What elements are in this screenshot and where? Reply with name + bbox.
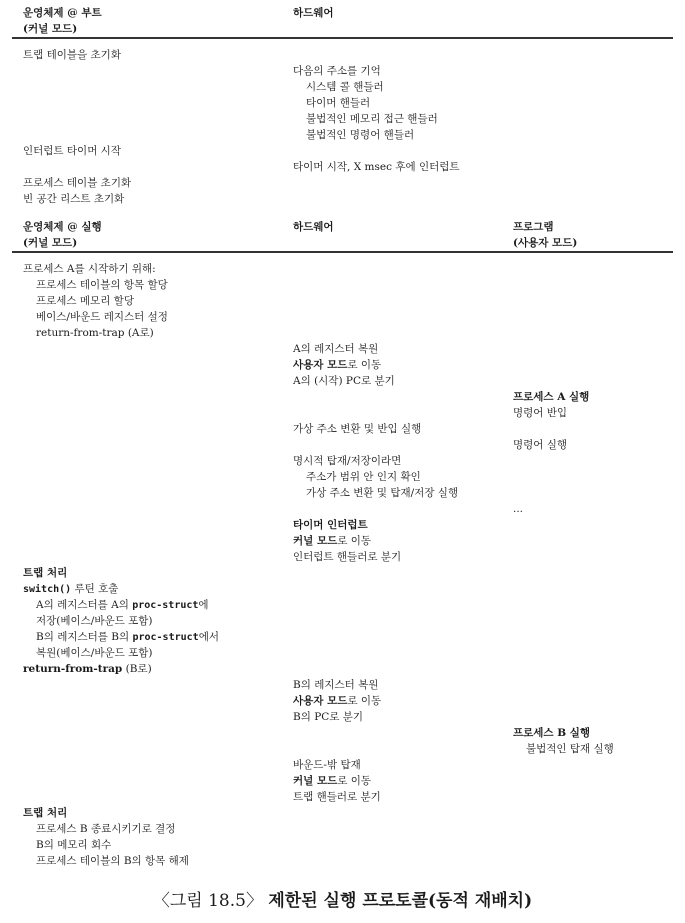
os-row: 프로세스 테이블의 항목 할당 — [36, 278, 168, 292]
os-boot-header: 운영체제 @ 부트 — [23, 6, 102, 20]
program-header: 프로그램 — [513, 220, 554, 234]
hw-row: 트랩 핸들러로 분기 — [293, 790, 381, 804]
mode-emphasis: 사용자 모드 — [293, 695, 347, 707]
hw-row: 타이머 시작, X msec 후에 인터럽트 — [293, 160, 460, 174]
os-row: 빈 공간 리스트 초기화 — [23, 192, 124, 206]
hw-row: 커널 모드로 이동 — [293, 534, 371, 548]
hw-row: A의 (시작) PC로 분기 — [293, 374, 395, 388]
os-row: return-from-trap (B로) — [23, 662, 152, 676]
prog-row: 불법적인 탑재 실행 — [526, 742, 614, 756]
os-row: 트랩 처리 — [23, 806, 67, 820]
header-divider — [12, 37, 673, 39]
hardware-header: 하드웨어 — [293, 6, 334, 20]
figure-title: 제한된 실행 프로토콜(동적 재배치) — [268, 891, 532, 911]
os-run-header: 운영체제 @ 실행 — [23, 220, 102, 234]
hw-row: 다음의 주소를 기억 — [293, 64, 381, 78]
os-row: 프로세스 테이블 초기화 — [23, 176, 131, 190]
os-row: 트랩 처리 — [23, 566, 67, 580]
hw-row: B의 PC로 분기 — [293, 710, 363, 724]
os-row: 프로세스 메모리 할당 — [36, 294, 134, 308]
hw-row: B의 레지스터 복원 — [293, 678, 378, 692]
os-row: switch() 루틴 호출 — [23, 582, 118, 597]
hw-row: 불법적인 메모리 접근 핸들러 — [306, 112, 438, 126]
hw-row: 가상 주소 변환 및 탑재/저장 실행 — [306, 486, 458, 500]
code-proc-struct: proc-struct — [132, 632, 198, 643]
os-boot-mode-header: (커널 모드) — [23, 22, 77, 36]
prog-row: 명령어 반입 — [513, 406, 567, 420]
hw-row: 불법적인 명령어 핸들러 — [306, 128, 414, 142]
hardware-header: 하드웨어 — [293, 220, 334, 234]
os-run-mode-header: (커널 모드) — [23, 236, 77, 250]
os-row: 프로세스 B 종료시키기로 결정 — [36, 822, 175, 836]
hw-row: 타이머 인터럽트 — [293, 518, 368, 532]
hw-row: 주소가 범위 안 인지 확인 — [306, 470, 421, 484]
os-row: 프로세스 A를 시작하기 위해: — [23, 262, 156, 276]
prog-row: 명령어 실행 — [513, 438, 567, 452]
prog-row-ellipsis: ... — [513, 502, 523, 516]
os-row: B의 레지스터를 B의 proc-struct에서 — [36, 630, 219, 645]
hw-row: 커널 모드로 이동 — [293, 774, 371, 788]
return-from-trap-emphasis: return-from-trap — [23, 663, 122, 675]
hw-row: 명시적 탑재/저장이라면 — [293, 454, 401, 468]
hw-row: 시스템 콜 핸들러 — [306, 80, 384, 94]
os-row: 복원(베이스/바운드 포함) — [36, 646, 153, 660]
figure-label: 〈그림 18.5〉 — [153, 891, 263, 911]
os-row: B의 메모리 회수 — [36, 838, 111, 852]
mode-emphasis: 커널 모드 — [293, 535, 337, 547]
mode-emphasis: 사용자 모드 — [293, 359, 347, 371]
os-row: 인터럽트 타이머 시작 — [23, 144, 121, 158]
program-mode-header: (사용자 모드) — [513, 236, 577, 250]
header-divider — [12, 251, 673, 253]
mode-emphasis: 커널 모드 — [293, 775, 337, 787]
os-row: 베이스/바운드 레지스터 설정 — [36, 310, 168, 324]
hw-row: 타이머 핸들러 — [306, 96, 370, 110]
hw-row: 사용자 모드로 이동 — [293, 358, 381, 372]
os-row: 프로세스 테이블의 B의 항목 해제 — [36, 854, 189, 868]
os-row: return-from-trap (A로) — [36, 326, 154, 340]
hw-row: 가상 주소 변환 및 반입 실행 — [293, 422, 421, 436]
os-row: 트랩 테이블을 초기화 — [23, 48, 121, 62]
os-row: 저장(베이스/바운드 포함) — [36, 614, 153, 628]
prog-row: 프로세스 B 실행 — [513, 726, 590, 740]
code-proc-struct: proc-struct — [132, 600, 198, 611]
code-switch: switch() — [23, 584, 71, 595]
prog-row: 프로세스 A 실행 — [513, 390, 589, 404]
hw-row: 사용자 모드로 이동 — [293, 694, 381, 708]
hw-row: 바운드-밖 탑재 — [293, 758, 361, 772]
os-row: A의 레지스터를 A의 proc-struct에 — [36, 598, 209, 613]
figure-caption: 〈그림 18.5〉 제한된 실행 프로토콜(동적 재배치) — [0, 889, 685, 913]
hw-row: 인터럽트 핸들러로 분기 — [293, 550, 401, 564]
hw-row: A의 레지스터 복원 — [293, 342, 378, 356]
